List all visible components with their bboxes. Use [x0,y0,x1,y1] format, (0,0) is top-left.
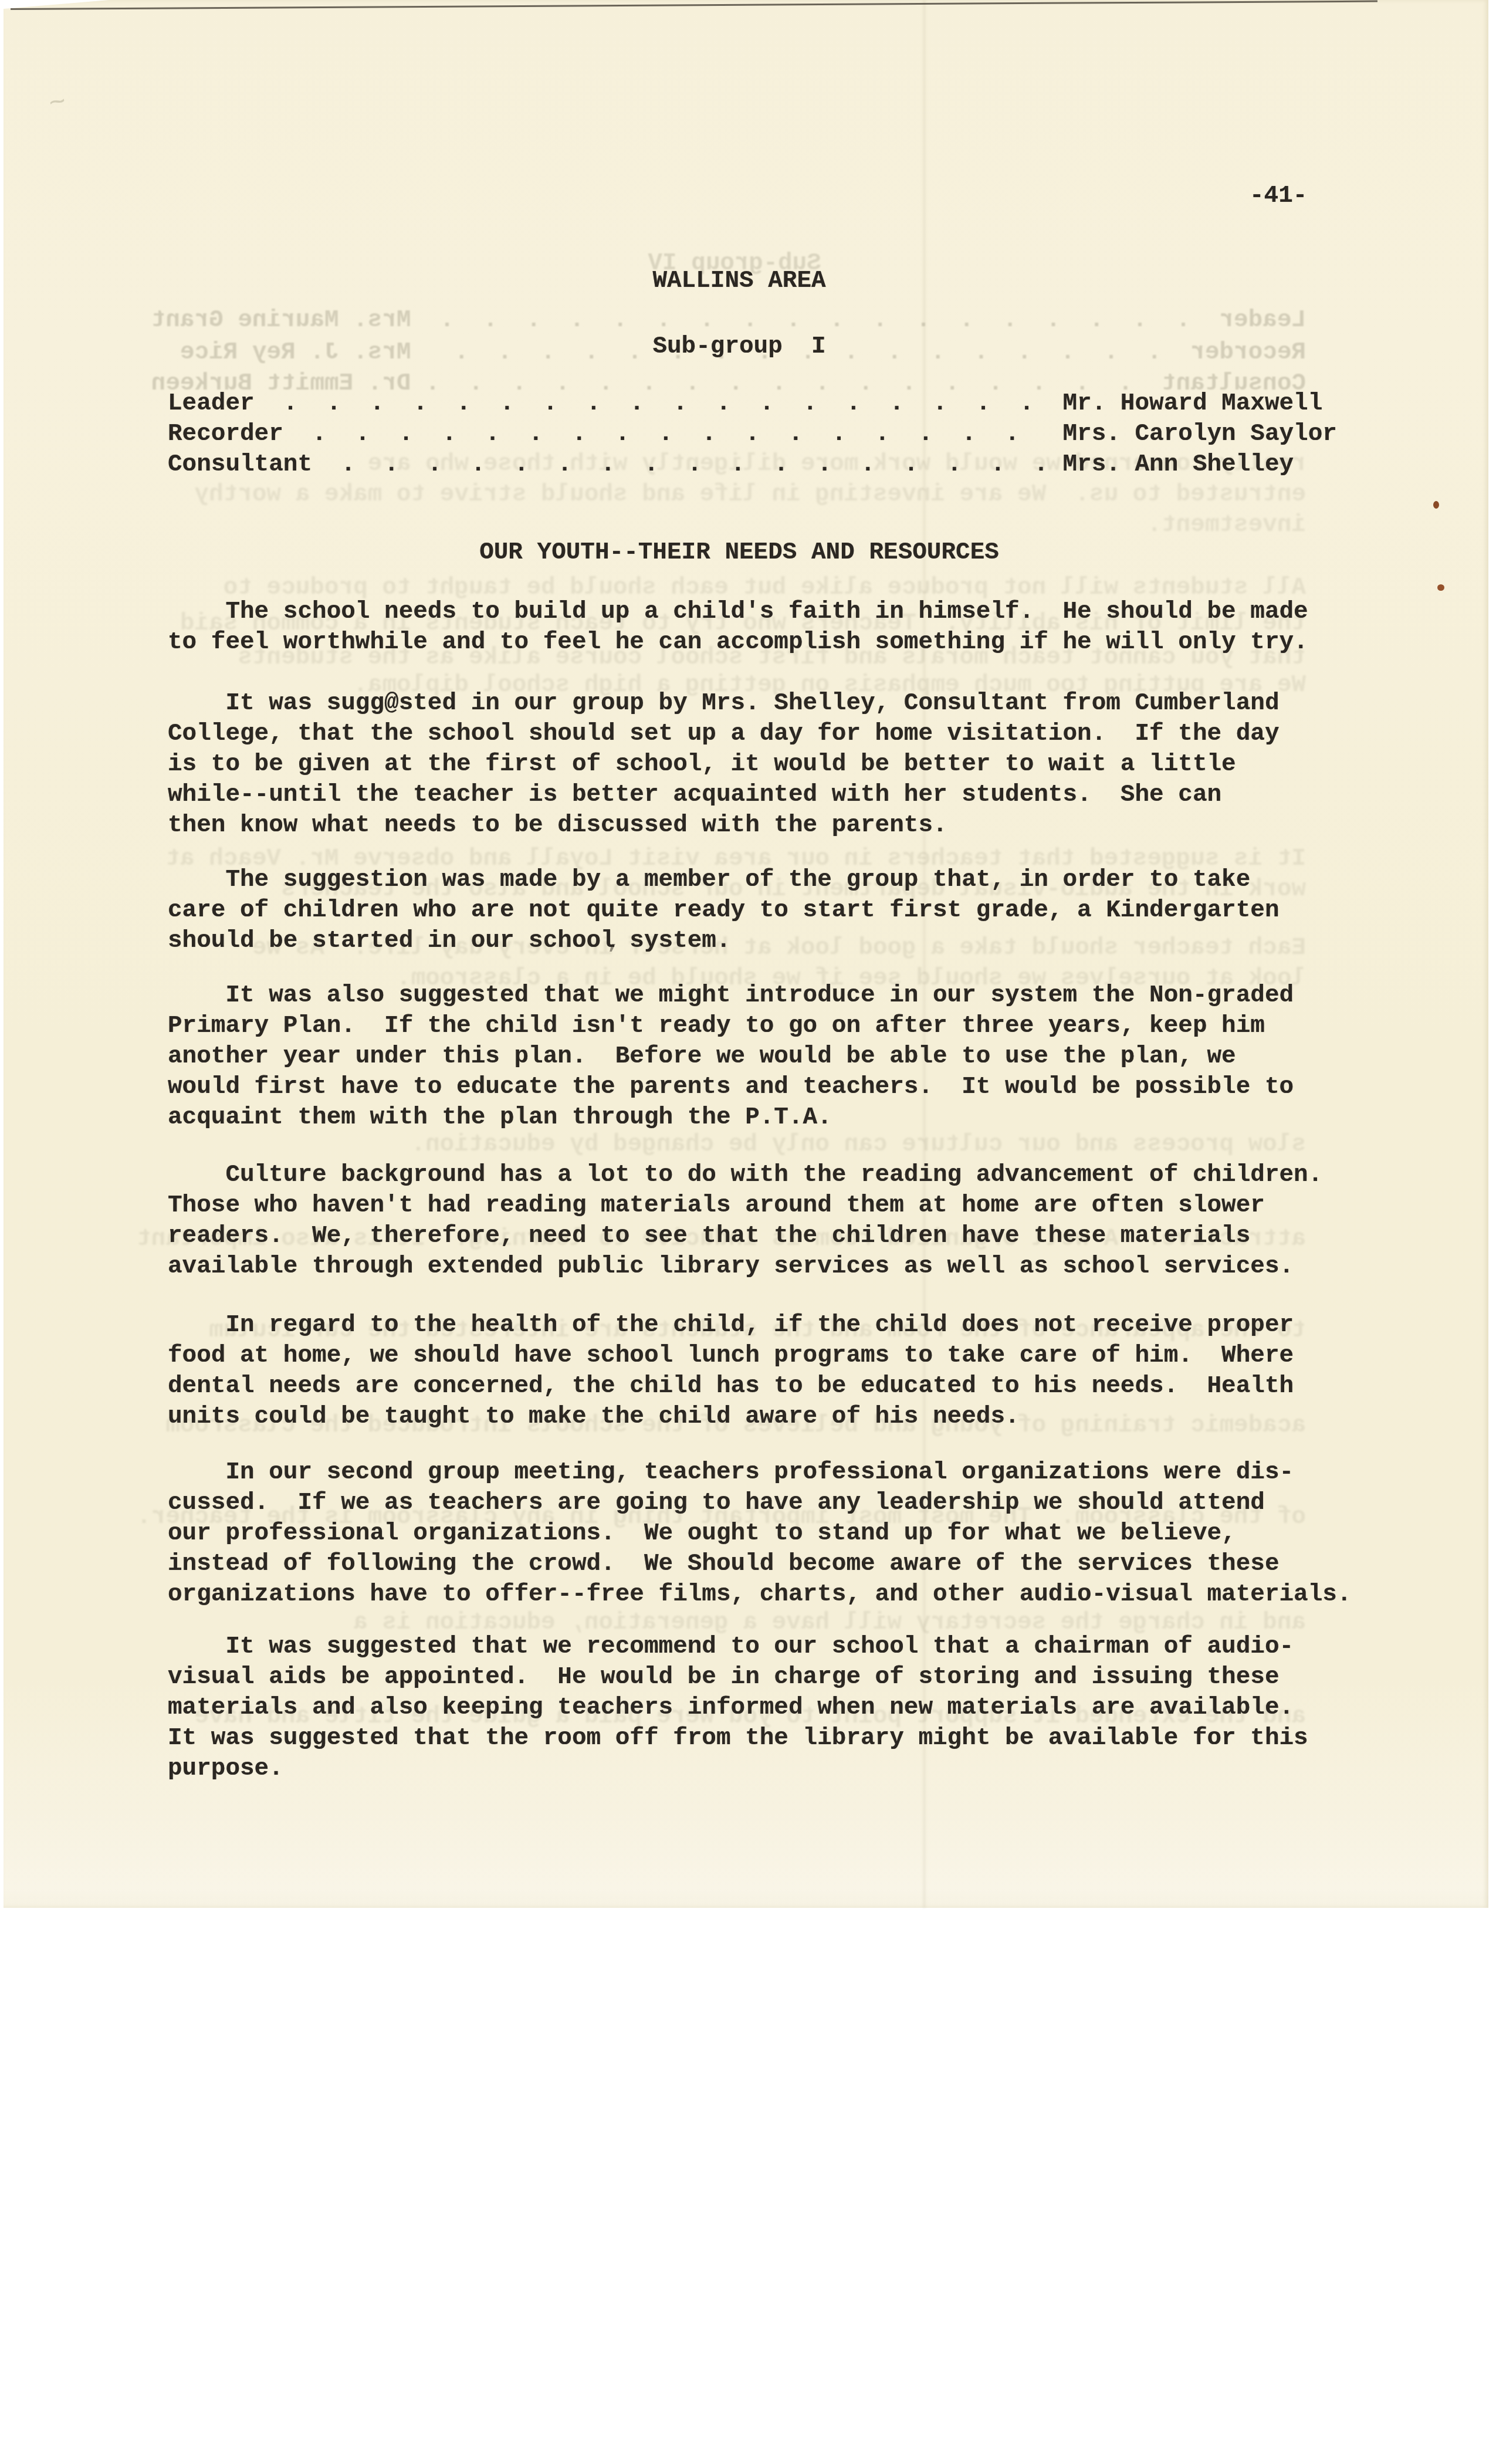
paragraph: It was also suggested that we might intr… [168,980,1294,1133]
roster-row: Consultant . . . . . . . . . . . . . . .… [168,449,1337,480]
bleed-through-line: slow process and our culture can only be… [163,1129,1306,1160]
paragraph: The school needs to build up a child's f… [168,597,1308,658]
paragraph: It was sugg@sted in our group by Mrs. Sh… [168,688,1280,841]
paper-top-edge-line [11,1,1377,10]
paragraph: In our second group meeting, teachers pr… [168,1457,1352,1610]
roster-row: Leader . . . . . . . . . . . . . . . . .… [168,388,1337,419]
scanned-document-screenshot: { "page": { "number": "-41-", "title": "… [0,0,1496,2464]
pencil-smudge: ~ [46,87,69,121]
roster-row: Recorder . . . . . . . . . . . . . . . .… [168,419,1337,449]
paper-speck [1433,501,1439,509]
section-heading: OUR YOUTH--THEIR NEEDS AND RESOURCES [168,537,1311,568]
document-subtitle: Sub-group I [168,331,1311,362]
bleed-through-line: entrusted to us. We are investing in lif… [163,479,1306,510]
stray-typewriter-mark: , [607,928,621,955]
paper-sheet: Sub-group IVLeader . . . . . . . . . . .… [4,0,1488,1908]
paragraph: In regard to the health of the child, if… [168,1310,1294,1432]
paragraph: It was suggested that we recommend to ou… [168,1632,1308,1784]
paragraph: The suggestion was made by a member of t… [168,865,1280,956]
paper-speck [1437,584,1444,591]
page-number: -41- [1250,181,1307,211]
roster: Leader . . . . . . . . . . . . . . . . .… [168,388,1337,480]
document-title: WALLINS AREA [168,266,1311,296]
paragraph: Culture background has a lot to do with … [168,1160,1322,1282]
bleed-through-line: investment. [163,510,1306,540]
